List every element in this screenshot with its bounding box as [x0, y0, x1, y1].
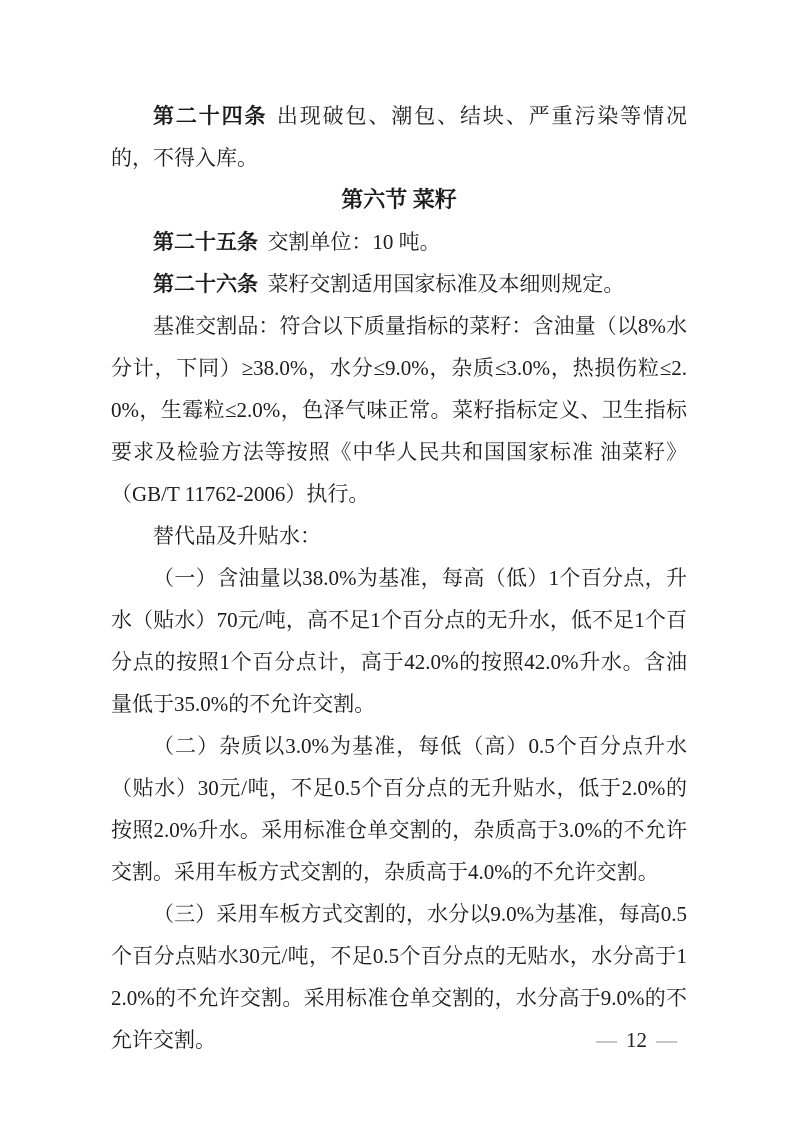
footer-left-dash: — [596, 1028, 617, 1052]
article-24: 第二十四条出现破包、潮包、结块、严重污染等情况的，不得入库。 [111, 95, 687, 179]
article-25: 第二十五条交割单位：10 吨。 [111, 221, 687, 263]
paragraph-substitutes-label: 替代品及升贴水： [111, 515, 687, 557]
article-26-number: 第二十六条 [153, 272, 258, 296]
paragraph-item-2-impurity: （二）杂质以3.0%为基准，每低（高）0.5个百分点升水（贴水）30元/吨，不足… [111, 725, 687, 893]
document-body: 第二十四条出现破包、潮包、结块、严重污染等情况的，不得入库。 第六节 菜籽 第二… [111, 95, 687, 1061]
paragraph-benchmark-grade: 基准交割品：符合以下质量指标的菜籽：含油量（以8%水分计，下同）≥38.0%，水… [111, 305, 687, 515]
article-24-number: 第二十四条 [153, 104, 267, 128]
paragraph-item-1-oil-content: （一）含油量以38.0%为基准，每高（低）1个百分点，升水（贴水）70元/吨，高… [111, 557, 687, 725]
article-26: 第二十六条菜籽交割适用国家标准及本细则规定。 [111, 263, 687, 305]
page-footer: —12— [596, 1028, 677, 1052]
article-25-text: 交割单位：10 吨。 [267, 230, 440, 254]
footer-right-dash: — [656, 1028, 677, 1052]
page-number: 12 [626, 1028, 647, 1052]
article-26-text: 菜籽交割适用国家标准及本细则规定。 [267, 272, 624, 296]
section-heading: 第六节 菜籽 [111, 179, 687, 221]
document-page: 第二十四条出现破包、潮包、结块、严重污染等情况的，不得入库。 第六节 菜籽 第二… [0, 0, 793, 1122]
article-25-number: 第二十五条 [153, 230, 258, 254]
